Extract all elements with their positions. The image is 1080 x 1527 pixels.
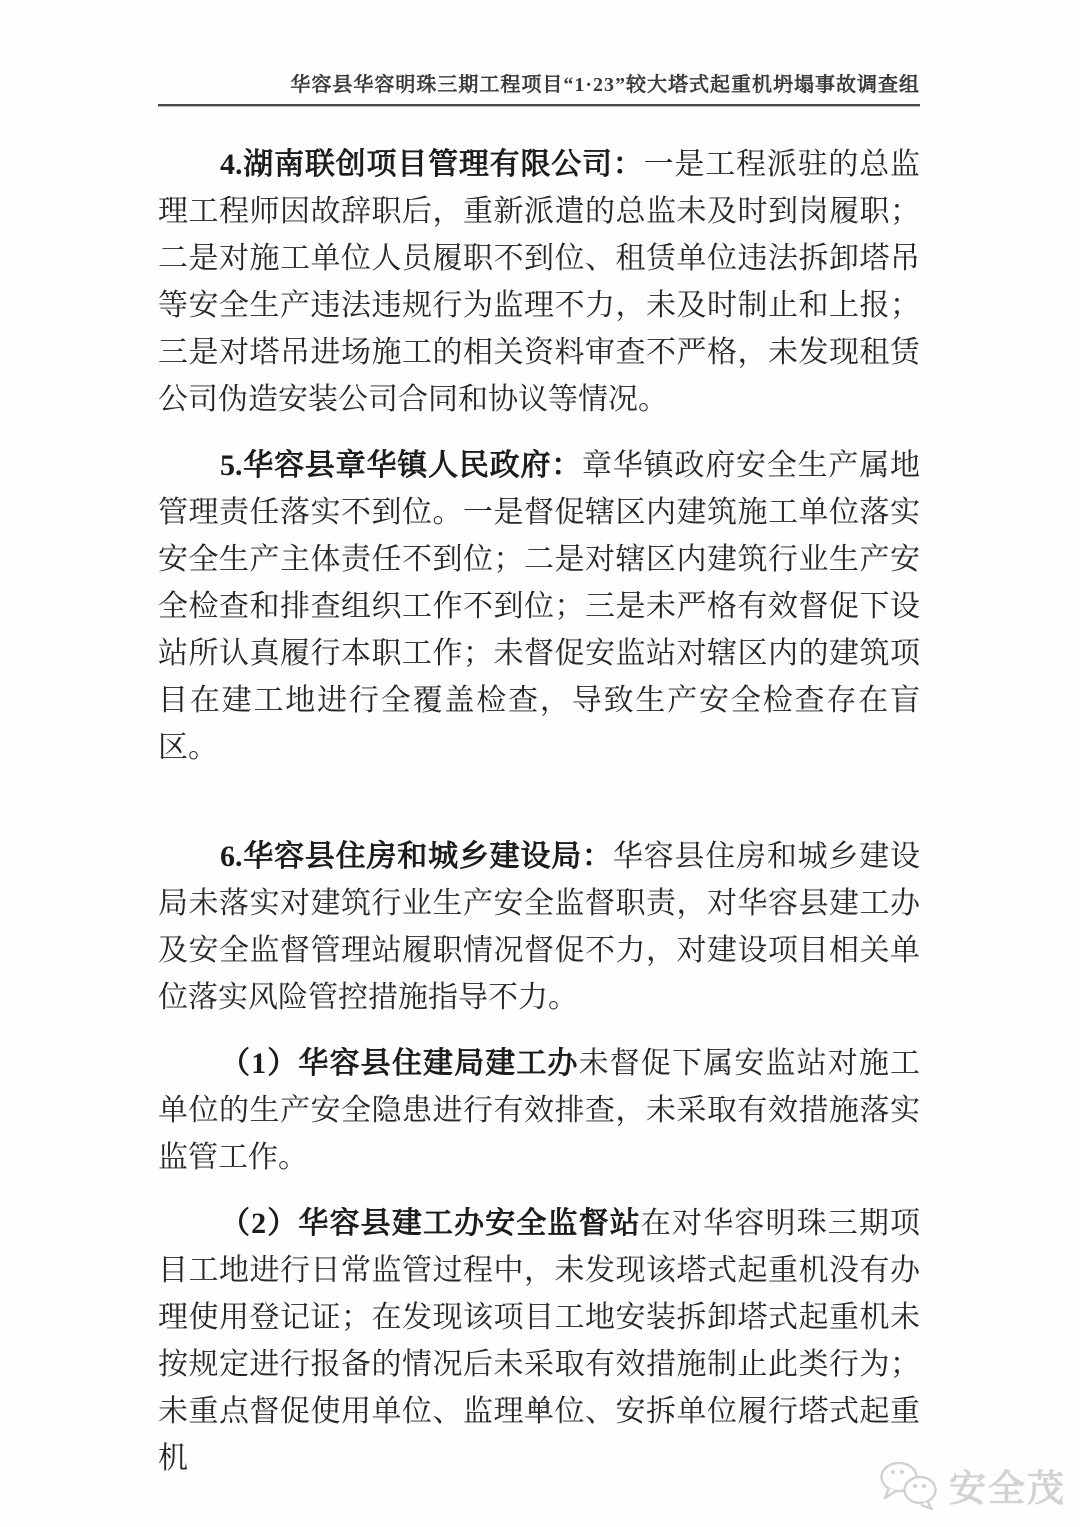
subsection-2-heading: （2）华容县建工办安全监督站 — [220, 1207, 641, 1240]
header-rule — [158, 104, 920, 107]
page-number: 13 — [0, 1396, 1080, 1418]
paragraph-section-6: 6.华容县住房和城乡建设局：华容县住房和城乡建设局未落实对建筑行业生产安全监督职… — [158, 833, 920, 1021]
wechat-icon — [877, 1460, 943, 1510]
section-5-heading: 5.华容县章华镇人民政府： — [220, 449, 582, 482]
document-page: 华容县华容明珠三期工程项目“1·23”较大塔式起重机坍塌事故调查组 4.湖南联创… — [0, 0, 1080, 1527]
watermark: 安全茂 — [877, 1458, 1066, 1512]
section-4-text: 一是工程派驻的总监理工程师因故辞职后，重新派遣的总监未及时到岗履职；二是对施工单… — [158, 148, 920, 416]
section-6-heading: 6.华容县住房和城乡建设局： — [220, 840, 613, 873]
paragraph-section-4: 4.湖南联创项目管理有限公司：一是工程派驻的总监理工程师因故辞职后，重新派遣的总… — [158, 141, 920, 423]
document-body: 4.湖南联创项目管理有限公司：一是工程派驻的总监理工程师因故辞职后，重新派遣的总… — [158, 141, 920, 1482]
section-5-text: 章华镇政府安全生产属地管理责任落实不到位。一是督促辖区内建筑施工单位落实安全生产… — [158, 449, 920, 764]
watermark-label: 安全茂 — [949, 1458, 1066, 1512]
document-header: 华容县华容明珠三期工程项目“1·23”较大塔式起重机坍塌事故调查组 — [158, 0, 920, 107]
subsection-2-text: 在对华容明珠三期项目工地进行日常监管过程中，未发现该塔式起重机没有办理使用登记证… — [158, 1207, 920, 1475]
paragraph-subsection-1: （1）华容县住建局建工办未督促下属安监站对施工单位的生产安全隐患进行有效排查，未… — [158, 1040, 920, 1181]
page-header-title: 华容县华容明珠三期工程项目“1·23”较大塔式起重机坍塌事故调查组 — [158, 72, 920, 98]
paragraph-subsection-2: （2）华容县建工办安全监督站在对华容明珠三期项目工地进行日常监管过程中，未发现该… — [158, 1200, 920, 1482]
section-4-heading: 4.湖南联创项目管理有限公司： — [220, 148, 644, 181]
paragraph-section-5: 5.华容县章华镇人民政府：章华镇政府安全生产属地管理责任落实不到位。一是督促辖区… — [158, 442, 920, 771]
subsection-1-heading: （1）华容县住建局建工办 — [220, 1047, 579, 1080]
